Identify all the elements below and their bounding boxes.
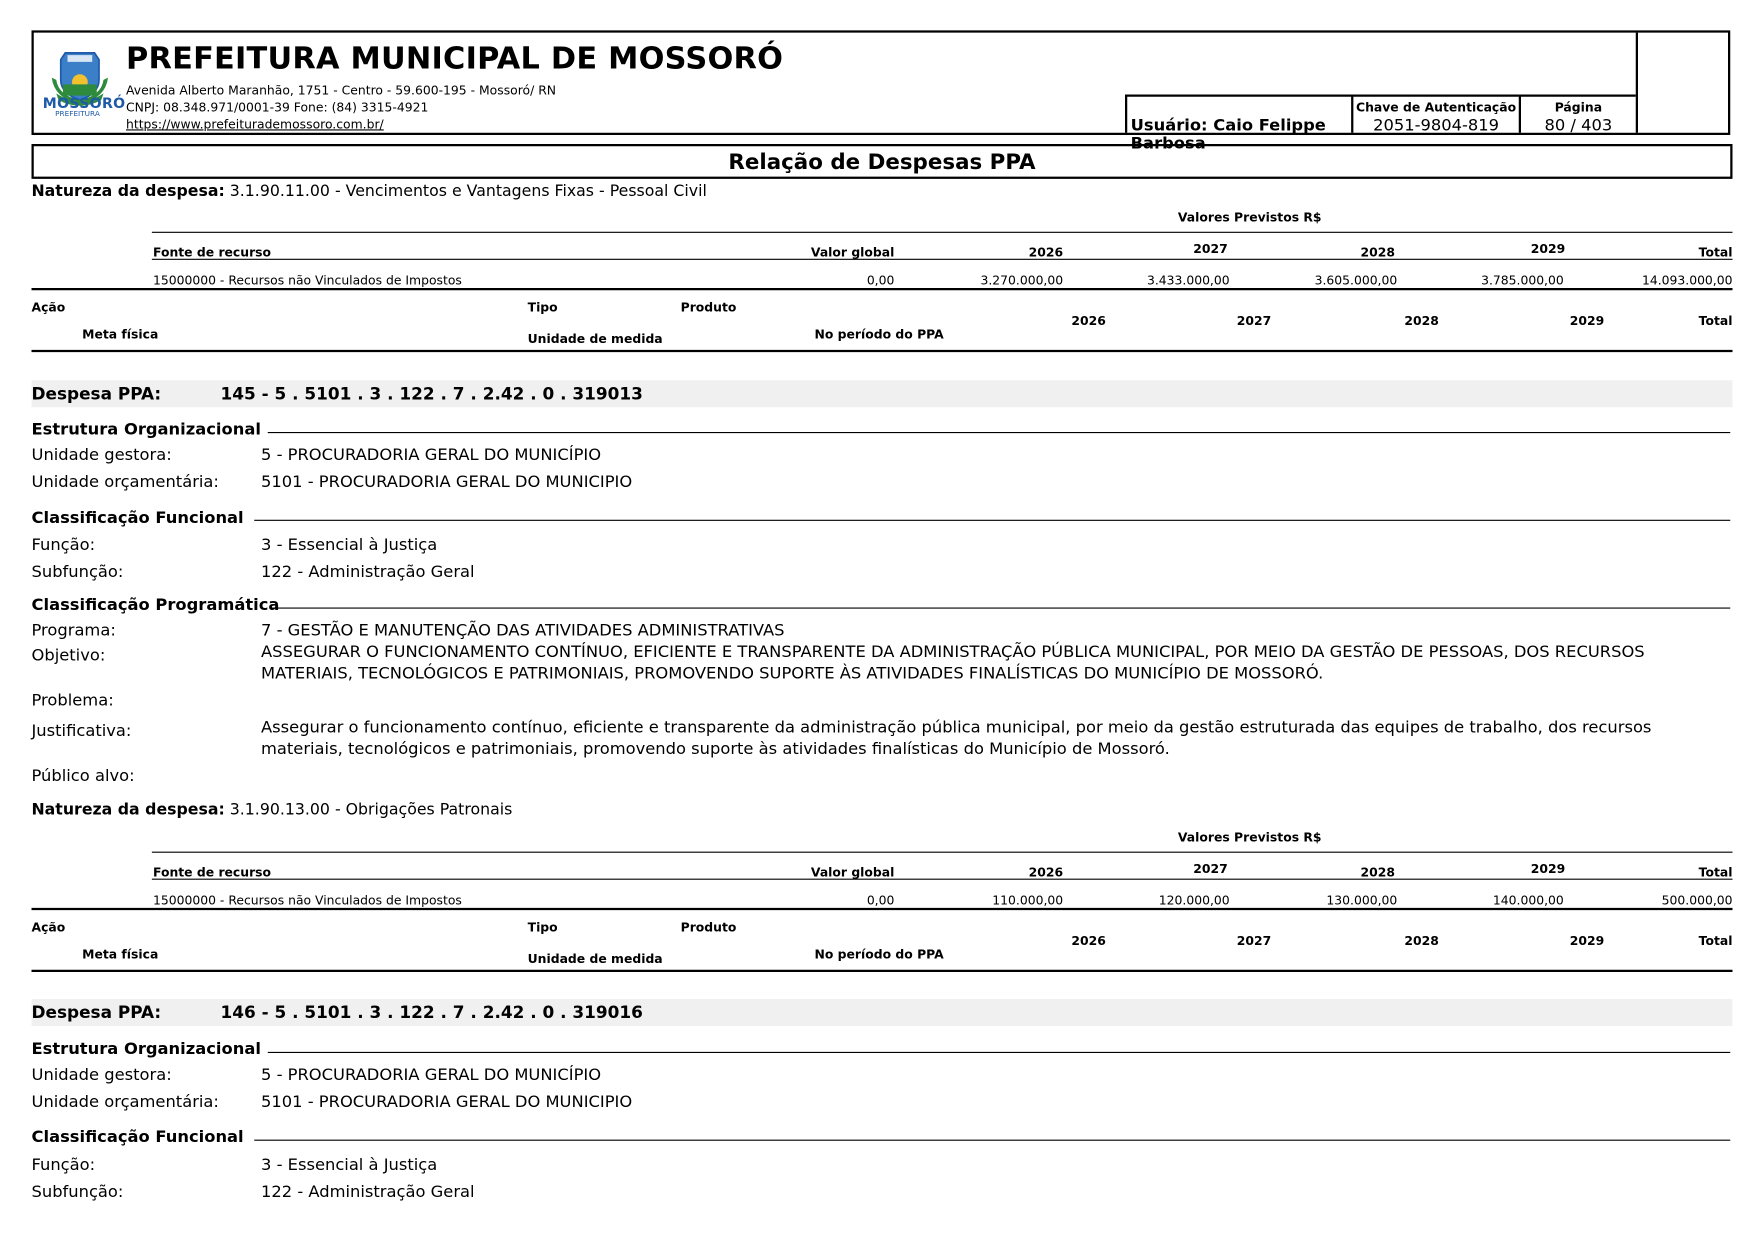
meta-col-2026: 2026 (1016, 934, 1106, 949)
value-total: 500.000,00 (1598, 893, 1733, 908)
valores-previstos-header: Valores Previstos R$ (1178, 210, 1322, 225)
publico-alvo-label: Público alvo: (32, 767, 135, 785)
fonte-recurso-value: 15000000 - Recursos não Vinculados de Im… (153, 893, 462, 908)
page-number: 80 / 403 (1521, 117, 1636, 135)
col-fonte-recurso: Fonte de recurso (153, 245, 271, 260)
org-website-link[interactable]: https://www.prefeiturademossoro.com.br/ (126, 117, 384, 132)
report-page: MOSSORÓ PREFEITURA PREFEITURA MUNICIPAL … (0, 0, 1755, 1240)
table-rule (32, 288, 1733, 290)
programa-label: Programa: (32, 622, 116, 640)
col-valor-global: Valor global (782, 865, 895, 880)
header-divider (1636, 33, 1638, 133)
col-2028: 2028 (1305, 245, 1395, 260)
section-divider (268, 1052, 1731, 1053)
despesa-ppa-1: Despesa PPA: 145 - 5 . 5101 . 3 . 122 . … (32, 380, 1733, 407)
section-classificacao-funcional: Classificação Funcional (32, 1128, 244, 1146)
despesa-code: 146 - 5 . 5101 . 3 . 122 . 7 . 2.42 . 0 … (221, 999, 643, 1026)
subfuncao-label: Subfunção: (32, 1184, 124, 1202)
section-divider (254, 520, 1730, 521)
org-name: PREFEITURA MUNICIPAL DE MOSSORÓ (126, 42, 783, 77)
section-divider (254, 1140, 1730, 1141)
value-2027: 3.433.000,00 (1117, 273, 1230, 288)
meta-col-2026: 2026 (1016, 314, 1106, 329)
unidade-orcamentaria-value: 5101 - PROCURADORIA GERAL DO MUNICIPIO (261, 1094, 632, 1112)
meta-col-2027: 2027 (1181, 934, 1271, 949)
col-meta-fisica: Meta física (82, 327, 158, 342)
col-acao: Ação (32, 300, 66, 315)
col-2027: 2027 (1166, 242, 1256, 257)
table-rule (32, 908, 1733, 910)
meta-col-2027: 2027 (1181, 314, 1271, 329)
natureza-value: 3.1.90.11.00 - Vencimentos e Vantagens F… (230, 182, 707, 200)
natureza-value: 3.1.90.13.00 - Obrigações Patronais (230, 801, 513, 819)
unidade-orcamentaria-label: Unidade orçamentária: (32, 474, 219, 492)
meta-col-total: Total (1643, 934, 1733, 949)
logo-subtext: PREFEITURA (55, 109, 100, 118)
col-unidade-medida: Unidade de medida (528, 332, 663, 347)
section-classificacao-programatica: Classificação Programática (32, 596, 280, 614)
col-meta-fisica: Meta física (82, 947, 158, 962)
section-divider (270, 608, 1730, 609)
subfuncao-label: Subfunção: (32, 564, 124, 582)
col-unidade-medida: Unidade de medida (528, 952, 663, 967)
report-title: Relação de Despesas PPA (32, 144, 1733, 179)
valor-global-value: 0,00 (782, 893, 895, 908)
org-address: Avenida Alberto Maranhão, 1751 - Centro … (126, 83, 556, 98)
despesa-code: 145 - 5 . 5101 . 3 . 122 . 7 . 2.42 . 0 … (221, 380, 643, 407)
unidade-gestora-value: 5 - PROCURADORIA GERAL DO MUNICÍPIO (261, 1067, 601, 1085)
unidade-gestora-label: Unidade gestora: (32, 447, 172, 465)
unidade-orcamentaria-value: 5101 - PROCURADORIA GERAL DO MUNICIPIO (261, 474, 632, 492)
value-2026: 3.270.000,00 (951, 273, 1064, 288)
value-2028: 3.605.000,00 (1285, 273, 1398, 288)
funcao-label: Função: (32, 537, 96, 555)
justificativa-value: Assegurar o funcionamento contínuo, efic… (261, 718, 1724, 761)
section-estrutura-organizacional: Estrutura Organizacional (32, 1041, 261, 1059)
col-tipo: Tipo (528, 920, 558, 935)
value-total: 14.093.000,00 (1598, 273, 1733, 288)
value-2026: 110.000,00 (951, 893, 1064, 908)
section-estrutura-organizacional: Estrutura Organizacional (32, 421, 261, 439)
col-tipo: Tipo (528, 300, 558, 315)
despesa-label: Despesa PPA: (32, 999, 162, 1026)
subfuncao-value: 122 - Administração Geral (261, 564, 475, 582)
funcao-value: 3 - Essencial à Justiça (261, 1157, 437, 1175)
natureza-label: Natureza da despesa: (32, 801, 225, 819)
org-cnpj-phone: CNPJ: 08.348.971/0001-39 Fone: (84) 3315… (126, 100, 428, 115)
objetivo-label: Objetivo: (32, 647, 106, 665)
subfuncao-value: 122 - Administração Geral (261, 1184, 475, 1202)
natureza-label: Natureza da despesa: (32, 182, 225, 200)
col-no-periodo: No período do PPA (815, 327, 944, 342)
funcao-value: 3 - Essencial à Justiça (261, 537, 437, 555)
meta-col-2028: 2028 (1349, 314, 1439, 329)
value-2027: 120.000,00 (1117, 893, 1230, 908)
problema-label: Problema: (32, 692, 114, 710)
col-2027: 2027 (1166, 862, 1256, 877)
meta-col-2029: 2029 (1514, 934, 1604, 949)
unidade-gestora-value: 5 - PROCURADORIA GERAL DO MUNICÍPIO (261, 447, 601, 465)
col-produto: Produto (681, 300, 737, 315)
report-header: MOSSORÓ PREFEITURA PREFEITURA MUNICIPAL … (32, 30, 1731, 135)
natureza-despesa-1: Natureza da despesa: 3.1.90.11.00 - Venc… (32, 182, 707, 200)
section-classificacao-funcional: Classificação Funcional (32, 510, 244, 528)
auth-key-label: Chave de Autenticação (1353, 100, 1518, 115)
col-acao: Ação (32, 920, 66, 935)
page-box: Página 80 / 403 (1519, 95, 1636, 133)
meta-col-2028: 2028 (1349, 934, 1439, 949)
valores-previstos-header: Valores Previstos R$ (1178, 830, 1322, 845)
col-2026: 2026 (973, 865, 1063, 880)
table-rule (32, 970, 1733, 972)
user-box: Usuário: Caio Felippe Barbosa (1125, 95, 1351, 133)
col-2026: 2026 (973, 245, 1063, 260)
meta-col-2029: 2029 (1514, 314, 1604, 329)
unidade-orcamentaria-label: Unidade orçamentária: (32, 1094, 219, 1112)
table-rule (32, 350, 1733, 352)
natureza-despesa-2: Natureza da despesa: 3.1.90.13.00 - Obri… (32, 801, 513, 819)
col-2029: 2029 (1503, 862, 1593, 877)
table-rule (152, 259, 1733, 260)
col-total: Total (1643, 245, 1733, 260)
section-divider (268, 432, 1731, 433)
despesa-label: Despesa PPA: (32, 380, 162, 407)
despesa-ppa-2: Despesa PPA: 146 - 5 . 5101 . 3 . 122 . … (32, 999, 1733, 1026)
col-2029: 2029 (1503, 242, 1593, 257)
value-2028: 130.000,00 (1285, 893, 1398, 908)
programa-value: 7 - GESTÃO E MANUTENÇÃO DAS ATIVIDADES A… (261, 622, 785, 640)
justificativa-label: Justificativa: (32, 722, 132, 740)
col-2028: 2028 (1305, 865, 1395, 880)
auth-key-box: Chave de Autenticação 2051-9804-819 (1351, 95, 1519, 133)
auth-key-value: 2051-9804-819 (1353, 117, 1518, 135)
col-fonte-recurso: Fonte de recurso (153, 865, 271, 880)
col-no-periodo: No período do PPA (815, 947, 944, 962)
value-2029: 140.000,00 (1451, 893, 1564, 908)
valor-global-value: 0,00 (782, 273, 895, 288)
table-rule (152, 852, 1733, 853)
objetivo-value: ASSEGURAR O FUNCIONAMENTO CONTÍNUO, EFIC… (261, 642, 1724, 685)
col-valor-global: Valor global (782, 245, 895, 260)
table-rule (152, 232, 1733, 233)
page-label: Página (1521, 100, 1636, 115)
col-produto: Produto (681, 920, 737, 935)
funcao-label: Função: (32, 1157, 96, 1175)
meta-col-total: Total (1643, 314, 1733, 329)
fonte-recurso-value: 15000000 - Recursos não Vinculados de Im… (153, 273, 462, 288)
unidade-gestora-label: Unidade gestora: (32, 1067, 172, 1085)
table-rule (152, 879, 1733, 880)
col-total: Total (1643, 865, 1733, 880)
value-2029: 3.785.000,00 (1451, 273, 1564, 288)
